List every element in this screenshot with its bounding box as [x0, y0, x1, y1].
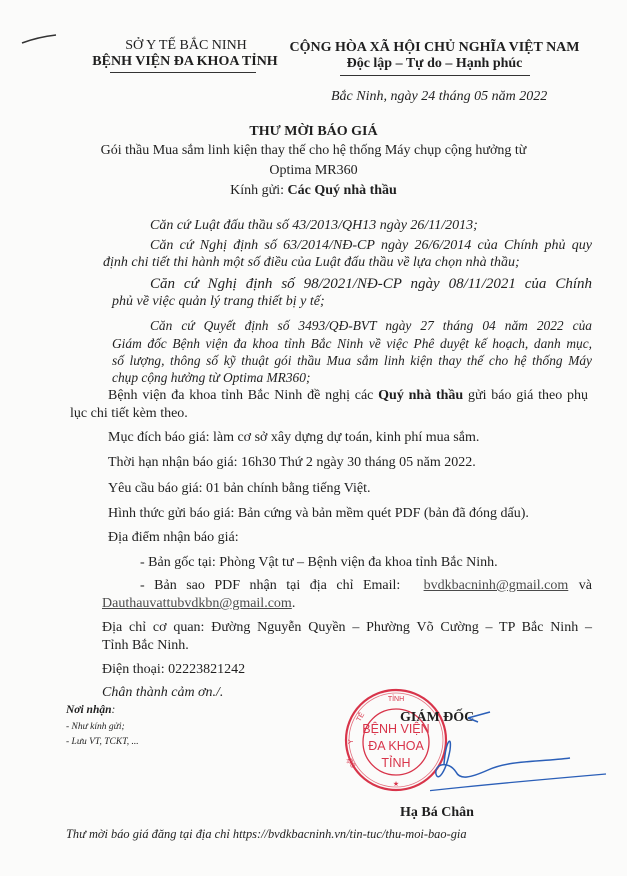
- phone: Điện thoại: 02223821242: [102, 662, 245, 678]
- email-link-secondary[interactable]: Dauthauvattubvdkbn@gmail.com: [102, 596, 292, 611]
- place-date: Bắc Ninh, ngày 24 tháng 05 năm 2022: [331, 89, 547, 105]
- greeting: Kính gửi: Các Quý nhà thầu: [0, 183, 627, 199]
- recipient-item: - Lưu VT, TCKT, ...: [66, 737, 139, 747]
- stamp-line: TỈNH: [360, 756, 432, 770]
- greeting-prefix: Kính gửi:: [230, 183, 287, 198]
- recipient-item: - Như kính gửi;: [66, 722, 125, 732]
- signatory-name: Hạ Bá Chân: [400, 805, 474, 821]
- request-line-2: lục chi tiết kèm theo.: [70, 406, 188, 422]
- email-joiner: và: [579, 578, 592, 593]
- legal-basis-2-line-1: Căn cứ Nghị định số 63/2014/NĐ-CP ngày 2…: [150, 238, 592, 254]
- location-pdf-prefix: - Bản sao PDF nhận tại địa chỉ Email:: [140, 578, 400, 594]
- stamp-line: ĐA KHOA: [360, 739, 432, 753]
- legal-basis-1: Căn cứ Luật đấu thầu số 43/2013/QH13 ngà…: [150, 218, 478, 234]
- recipients-label-colon: :: [111, 704, 115, 716]
- legal-basis-4-line-2: Giám đốc Bệnh viện đa khoa tỉnh Bắc Ninh…: [112, 336, 592, 352]
- request-suffix: gửi báo giá theo phụ: [463, 388, 588, 403]
- request-bold: Quý nhà thầu: [378, 388, 463, 403]
- closing: Chân thành cảm ơn./.: [102, 685, 223, 701]
- legal-basis-4-line-3: số lượng, thông số kỹ thuật gói thầu Mua…: [112, 353, 592, 369]
- location-label: Địa điểm nhận báo giá:: [108, 530, 239, 546]
- signature-scribble: [430, 700, 610, 800]
- legal-basis-3-line-1: Căn cứ Nghị định số 98/2021/NĐ-CP ngày 0…: [150, 276, 592, 293]
- recipients-label: Nơi nhận:: [66, 704, 115, 716]
- legal-basis-3-line-2: phủ về việc quản lý trang thiết bị y tế;: [112, 294, 325, 310]
- svg-text:★: ★: [393, 780, 399, 788]
- legal-basis-4-line-4: chụp cộng hưởng từ Optima MR360;: [112, 370, 310, 386]
- header-right-rule: [340, 75, 530, 76]
- purpose: Mục đích báo giá: làm cơ sở xây dựng dự …: [108, 430, 479, 446]
- location-pdf-line: - Bản sao PDF nhận tại địa chỉ Email: bv…: [140, 578, 592, 594]
- header-hospital: BỆNH VIỆN ĐA KHOA TỈNH: [80, 54, 290, 70]
- header-motto: Độc lập – Tự do – Hạnh phúc: [272, 56, 597, 72]
- legal-basis-2-line-2: định chi tiết thi hành một số điều của L…: [103, 255, 520, 271]
- header-department: SỞ Y TẾ BẮC NINH: [96, 38, 276, 54]
- request-line-1: Bệnh viện đa khoa tỉnh Bắc Ninh đề nghị …: [108, 388, 588, 404]
- pen-mark: [20, 32, 60, 46]
- location-pdf-line-2: Dauthauvattubvdkbn@gmail.com.: [102, 596, 295, 612]
- header-country: CỘNG HÒA XÃ HỘI CHỦ NGHĨA VIỆT NAM: [272, 40, 597, 56]
- document-title: THƯ MỜI BÁO GIÁ: [0, 124, 627, 140]
- footer-note: Thư mời báo giá đăng tại địa chỉ https:/…: [66, 827, 467, 842]
- svg-text:Y: Y: [348, 739, 355, 744]
- deadline: Thời hạn nhận báo giá: 16h30 Thứ 2 ngày …: [108, 455, 476, 471]
- recipients-label-text: Nơi nhận: [66, 704, 111, 716]
- svg-text:SỞ: SỞ: [345, 756, 358, 770]
- requirement: Yêu cầu báo giá: 01 bản chính bằng tiếng…: [108, 481, 371, 497]
- header-left-rule: [110, 72, 256, 73]
- email-suffix: .: [292, 596, 296, 611]
- address-line-1: Địa chỉ cơ quan: Đường Nguyễn Quyền – Ph…: [102, 620, 592, 636]
- submission-method: Hình thức gửi báo giá: Bản cứng và bản m…: [108, 506, 529, 522]
- legal-basis-4-line-1: Căn cứ Quyết định số 3493/QĐ-BVT ngày 27…: [150, 318, 592, 334]
- email-link-primary[interactable]: bvdkbacninh@gmail.com: [424, 578, 569, 593]
- svg-text:TỈNH: TỈNH: [388, 694, 404, 703]
- location-original: - Bản gốc tại: Phòng Vật tư – Bệnh viện …: [140, 555, 498, 571]
- subtitle-line-1: Gói thầu Mua sắm linh kiện thay thế cho …: [0, 143, 627, 159]
- request-prefix: Bệnh viện đa khoa tỉnh Bắc Ninh đề nghị …: [108, 388, 378, 403]
- address-line-2: Tỉnh Bắc Ninh.: [102, 638, 189, 654]
- greeting-recipient: Các Quý nhà thầu: [288, 183, 397, 198]
- subtitle-line-2: Optima MR360: [0, 163, 627, 179]
